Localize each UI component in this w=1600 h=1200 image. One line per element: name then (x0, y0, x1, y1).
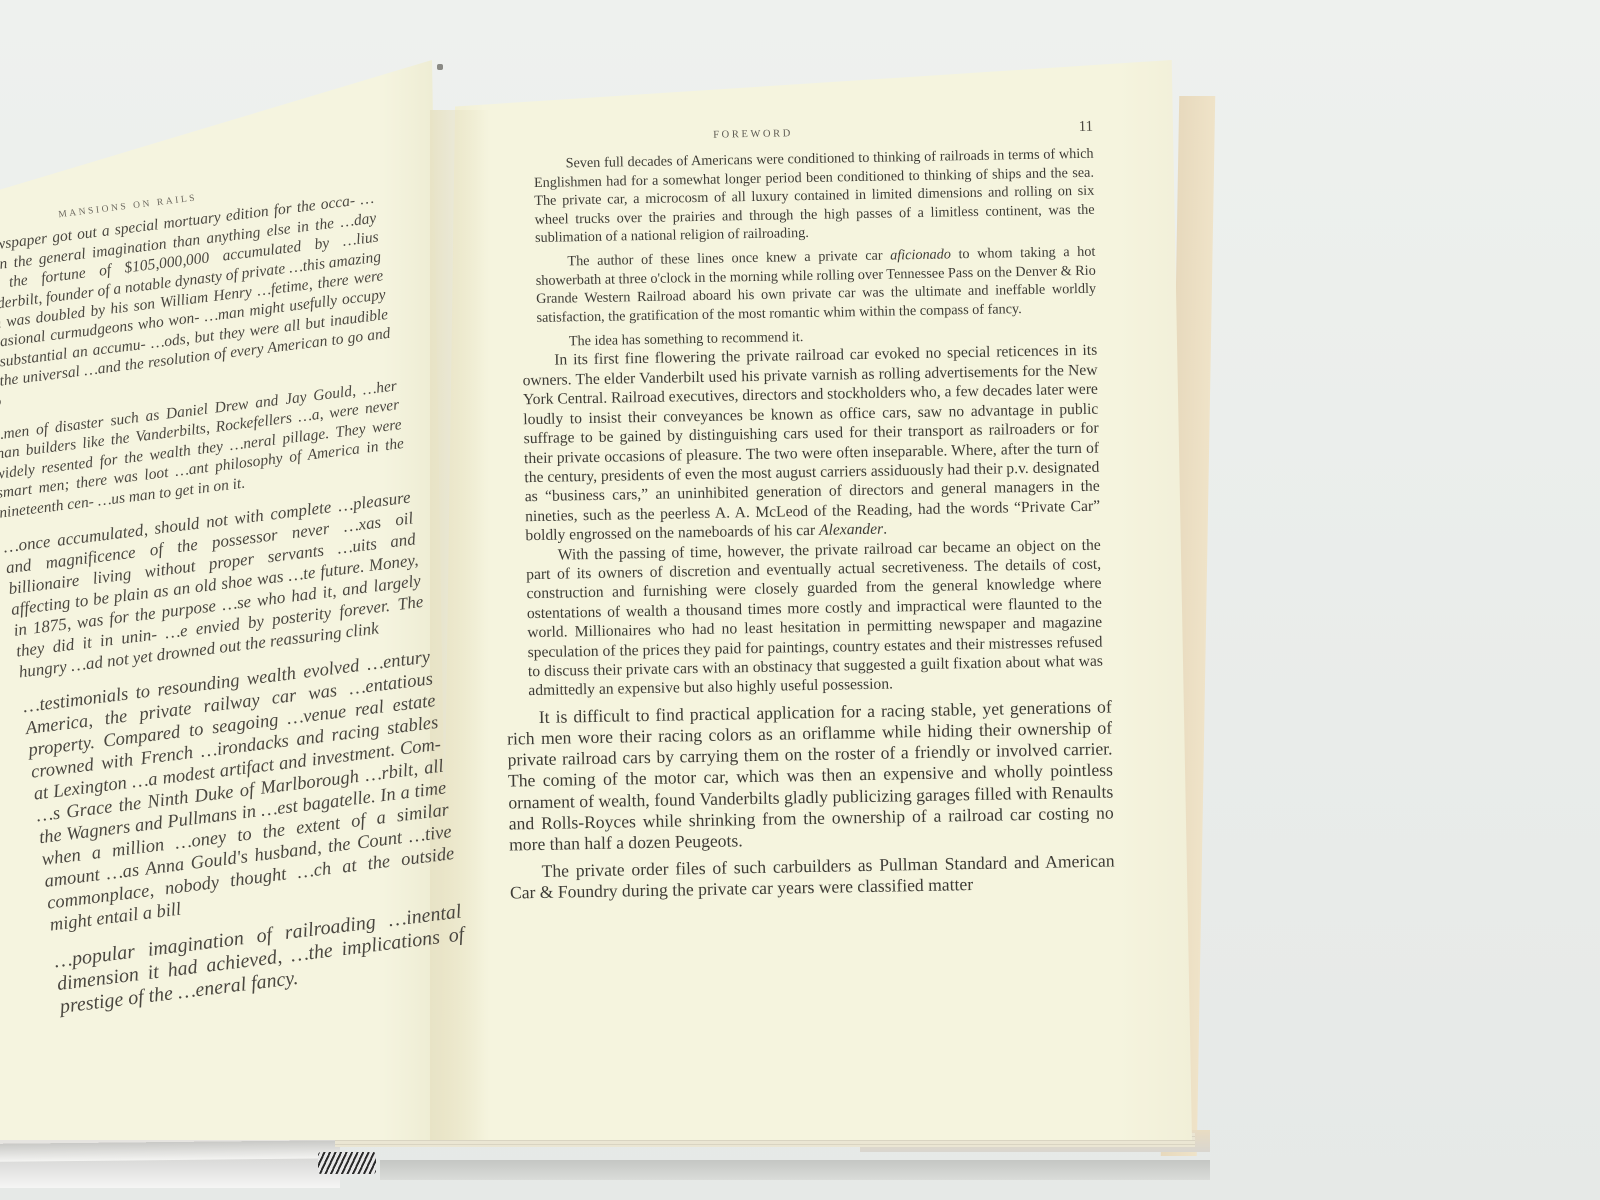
page-corner (437, 64, 443, 70)
punct: . (883, 521, 887, 538)
running-head-foreword: FOREWORD (713, 123, 793, 146)
italic-aficionado: aficionado (890, 247, 951, 264)
book-photo: MANSIONS ON RAILS …newspaper got out a s… (0, 0, 1600, 1200)
right-page-text: FOREWORD 11 Seven full decades of Americ… (478, 117, 1112, 905)
left-paragraph: …once accumulated, should not with compl… (2, 487, 427, 683)
cover-board-edge (380, 1160, 1210, 1180)
paragraph-4-text: In its first fine flowering the private … (522, 342, 1100, 544)
dust-jacket (0, 1158, 340, 1188)
paragraph-5: With the passing of time, however, the p… (526, 535, 1104, 701)
spine-binding-stitch (318, 1152, 376, 1174)
right-text-block-middle: In its first fine flowering the private … (482, 341, 1103, 702)
right-text-block-bottom: It is difficult to find practical applic… (489, 696, 1116, 904)
paragraph-4: In its first fine flowering the private … (522, 341, 1100, 546)
paragraph-2: The author of these lines once knew a pr… (535, 243, 1096, 327)
left-paragraph: …testimonials to resounding wealth evolv… (22, 647, 458, 937)
paragraph-6: It is difficult to find practical applic… (507, 696, 1115, 855)
paragraph-1: Seven full decades of Americans were con… (534, 145, 1096, 247)
page-number: 11 (1078, 117, 1093, 139)
right-text-block-top: Seven full decades of Americans were con… (479, 145, 1097, 352)
italic-alexander: Alexander (819, 521, 883, 539)
